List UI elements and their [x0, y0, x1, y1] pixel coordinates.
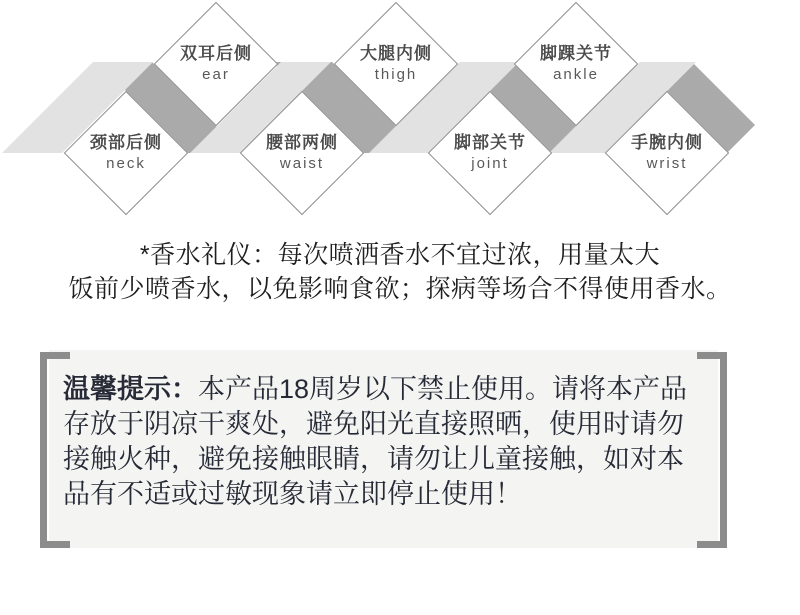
etiquette-line-2: 饭前少喷香水，以免影响食欲；探病等场合不得使用香水。: [0, 272, 800, 306]
notice-line-1: 温馨提示：本产品18周岁以下禁止使用。请将本产品: [63, 372, 708, 407]
perfume-etiquette-note: *香水礼仪：每次喷洒香水不宜过浓，用量太大 饭前少喷香水，以免影响食欲；探病等场…: [0, 238, 800, 306]
diamond-waist-label: 腰部两侧 waist: [259, 110, 345, 196]
diamond-thigh-label: 大腿内侧 thigh: [353, 21, 439, 107]
warm-notice-text: 温馨提示：本产品18周岁以下禁止使用。请将本产品 存放于阴凉干爽处，避免阳光直接…: [63, 372, 708, 512]
notice-bracket-left: [40, 352, 70, 548]
diamond-neck-en: neck: [106, 154, 146, 174]
diamond-thigh-cn: 大腿内侧: [360, 43, 432, 65]
diamond-joint-cn: 脚部关节: [454, 132, 526, 154]
diamond-joint-label: 脚部关节 joint: [447, 110, 533, 196]
etiquette-line-1: *香水礼仪：每次喷洒香水不宜过浓，用量太大: [0, 238, 800, 272]
notice-bracket-right: [697, 352, 727, 548]
diamond-thigh-en: thigh: [375, 65, 418, 85]
diamond-ankle-en: ankle: [553, 65, 599, 85]
diamond-ear-label: 双耳后侧 ear: [173, 21, 259, 107]
diamond-ankle-label: 脚踝关节 ankle: [533, 21, 619, 107]
diamond-neck-label: 颈部后侧 neck: [83, 110, 169, 196]
diamond-ear-en: ear: [202, 65, 230, 85]
notice-line-4: 品有不适或过敏现象请立即停止使用！: [63, 477, 708, 512]
diamond-waist-en: waist: [280, 154, 324, 174]
diamond-ankle-cn: 脚踝关节: [540, 43, 612, 65]
notice-line-2: 存放于阴凉干爽处，避免阳光直接照晒，使用时请勿: [63, 407, 708, 442]
diamond-wrist-en: wrist: [647, 154, 688, 174]
diamond-ear-cn: 双耳后侧: [180, 43, 252, 65]
product-info-graphic: 双耳后侧 ear 大腿内侧 thigh 脚踝关节 ankle 颈部后侧 neck…: [0, 0, 800, 615]
diamond-joint-en: joint: [471, 154, 509, 174]
diamond-wrist-cn: 手腕内侧: [631, 132, 703, 154]
diamond-neck-cn: 颈部后侧: [90, 132, 162, 154]
notice-line-1-rest: 本产品18周岁以下禁止使用。请将本产品: [198, 374, 687, 404]
notice-lead: 温馨提示：: [63, 374, 198, 404]
diamond-wrist-label: 手腕内侧 wrist: [624, 110, 710, 196]
notice-line-3: 接触火种，避免接触眼睛，请勿让儿童接触，如对本: [63, 442, 708, 477]
diamond-waist-cn: 腰部两侧: [266, 132, 338, 154]
